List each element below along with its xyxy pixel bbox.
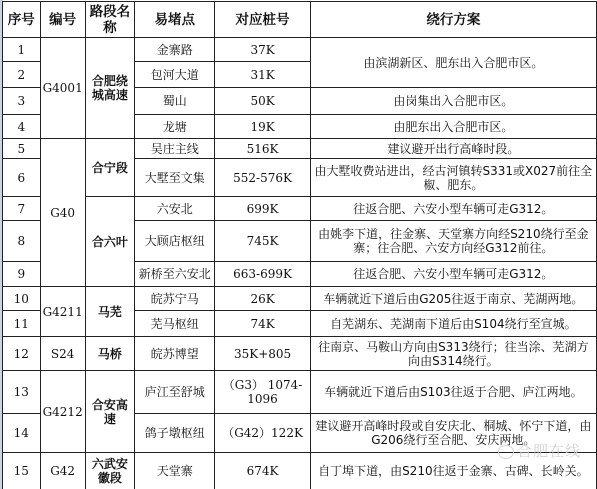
stake-cell: （G42）122K — [215, 414, 310, 453]
stake-cell: 674K — [215, 453, 310, 489]
table-row: 5 G40 合宁段 吴庄主线 516K 建议避开出行高峰时段。 — [3, 139, 597, 159]
stake-cell: 37K — [215, 38, 310, 62]
spot-cell: 天堂寨 — [134, 453, 215, 489]
table-row: 12 S24 马桥 皖苏博望 35K+805 往南京、马鞍山方向由S313绕行；… — [3, 337, 597, 371]
spot-cell: 庐江至舒城 — [134, 371, 215, 414]
header-seq: 序号 — [3, 2, 41, 38]
segment-cell: 六武安徽段 — [85, 453, 134, 489]
seq-cell: 2 — [3, 62, 41, 88]
spot-cell: 包河大道 — [134, 62, 215, 88]
stake-cell: 552-576K — [215, 159, 310, 197]
code-cell: G4001 — [40, 38, 85, 139]
header-segment: 路段名称 — [85, 2, 134, 38]
plan-cell: 车辆就近下道后由S103往返于合肥、庐江两地。 — [310, 371, 596, 414]
seq-cell: 11 — [3, 311, 41, 337]
code-cell: G4212 — [40, 371, 85, 453]
segment-cell: 合宁段 — [85, 139, 134, 197]
stake-cell: 35K+805 — [215, 337, 310, 371]
table-row: 13 G4212 合安高速 庐江至舒城 （G3） 1074-1096 车辆就近下… — [3, 371, 597, 414]
code-cell: G40 — [40, 139, 85, 287]
spot-cell: 鸽子墩枢纽 — [134, 414, 215, 453]
plan-cell: 自丁埠下道，由S210往返于金寨、古碑、长岭关。 — [310, 453, 596, 489]
spot-cell: 吴庄主线 — [134, 139, 215, 159]
spot-cell: 新桥至六安北 — [134, 262, 215, 287]
plan-cell: 由滨湖新区、肥东出入合肥市区。 — [310, 38, 596, 88]
segment-cell: 马芜 — [85, 287, 134, 337]
spot-cell: 芜马枢纽 — [134, 311, 215, 337]
seq-cell: 8 — [3, 221, 41, 262]
table-row: 10 G4211 马芜 皖苏宁马 26K 车辆就近下道后由G205往返于南京、芜… — [3, 287, 597, 311]
stake-cell: 26K — [215, 287, 310, 311]
stake-cell: 663-699K — [215, 262, 310, 287]
code-cell: S24 — [40, 337, 85, 371]
header-code: 编号 — [40, 2, 85, 38]
seq-cell: 10 — [3, 287, 41, 311]
spot-cell: 蜀山 — [134, 88, 215, 115]
stake-cell: 516K — [215, 139, 310, 159]
stake-cell: 74K — [215, 311, 310, 337]
header-stake: 对应桩号 — [215, 2, 310, 38]
segment-cell: 马桥 — [85, 337, 134, 371]
plan-cell: 往返合肥、六安小型车辆可走G312。 — [310, 262, 596, 287]
plan-cell: 往南京、马鞍山方向由S313绕行；往当涂、芜湖方向由S314绕行。 — [310, 337, 596, 371]
header-plan: 绕行方案 — [310, 2, 596, 38]
header-spot: 易堵点 — [134, 2, 215, 38]
stake-cell: （G3） 1074-1096 — [215, 371, 310, 414]
plan-cell: 自芜湖东、芜湖南下道后由S104绕行至宣城。 — [310, 311, 596, 337]
table-row: 7 合六叶 六安北 699K 往返合肥、六安小型车辆可走G312。 — [3, 197, 597, 221]
segment-cell: 合安高速 — [85, 371, 134, 453]
seq-cell: 13 — [3, 371, 41, 414]
spot-cell: 大顾店枢纽 — [134, 221, 215, 262]
segment-cell: 合肥绕城高速 — [85, 38, 134, 139]
plan-cell: 往返合肥、六安小型车辆可走G312。 — [310, 197, 596, 221]
seq-cell: 1 — [3, 38, 41, 62]
spot-cell: 皖苏宁马 — [134, 287, 215, 311]
plan-cell: 由岗集出入合肥市区。 — [310, 88, 596, 115]
seq-cell: 14 — [3, 414, 41, 453]
plan-cell: 建议避开高峰时段或自安庆北、桐城、怀宁下道，由G206绕行至合肥、安庆两地。 — [310, 414, 596, 453]
spot-cell: 大墅至文集 — [134, 159, 215, 197]
plan-cell: 由大墅收费站进出，经古河镇转S331或X027前往全椒、肥东。 — [310, 159, 596, 197]
stake-cell: 745K — [215, 221, 310, 262]
table-row: 1 G4001 合肥绕城高速 金寨路 37K 由滨湖新区、肥东出入合肥市区。 — [3, 38, 597, 62]
spot-cell: 皖苏博望 — [134, 337, 215, 371]
table-row: 15 G42 六武安徽段 天堂寨 674K 自丁埠下道，由S210往返于金寨、古… — [3, 453, 597, 489]
plan-cell: 由姚李下道，往金寨、天堂寨方向经S210绕行至金寨；往合肥、六安方向经G312前… — [310, 221, 596, 262]
spot-cell: 金寨路 — [134, 38, 215, 62]
spot-cell: 六安北 — [134, 197, 215, 221]
seq-cell: 9 — [3, 262, 41, 287]
stake-cell: 50K — [215, 88, 310, 115]
plan-cell: 由肥东出入合肥市区。 — [310, 115, 596, 139]
plan-cell: 车辆就近下道后由G205往返于南京、芜湖两地。 — [310, 287, 596, 311]
seq-cell: 7 — [3, 197, 41, 221]
seq-cell: 15 — [3, 453, 41, 489]
detour-table: 序号 编号 路段名称 易堵点 对应桩号 绕行方案 1 G4001 合肥绕城高速 … — [2, 1, 597, 489]
stake-cell: 31K — [215, 62, 310, 88]
stake-cell: 699K — [215, 197, 310, 221]
segment-cell: 合六叶 — [85, 197, 134, 287]
code-cell: G4211 — [40, 287, 85, 337]
spot-cell: 龙塘 — [134, 115, 215, 139]
header-row: 序号 编号 路段名称 易堵点 对应桩号 绕行方案 — [3, 2, 597, 38]
seq-cell: 12 — [3, 337, 41, 371]
seq-cell: 3 — [3, 88, 41, 115]
seq-cell: 5 — [3, 139, 41, 159]
stake-cell: 19K — [215, 115, 310, 139]
code-cell: G42 — [40, 453, 85, 489]
seq-cell: 6 — [3, 159, 41, 197]
plan-cell: 建议避开出行高峰时段。 — [310, 139, 596, 159]
seq-cell: 4 — [3, 115, 41, 139]
